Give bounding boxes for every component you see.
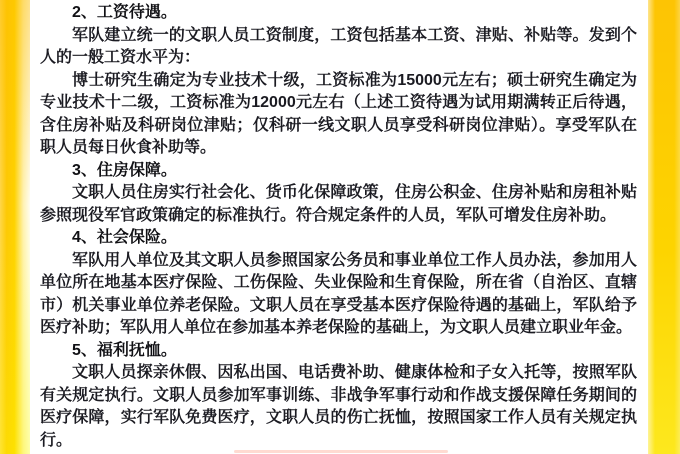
section-paragraph: 文职人员住房实行社会化、货币化保障政策，住房公积金、住房补贴和房租补贴参照现役军…	[40, 182, 637, 227]
bottom-accent-line	[234, 450, 448, 453]
section-5: 5、福利抚恤。文职人员探亲休假、因私出国、电话费补助、健康体检和子女入托等，按照…	[40, 340, 637, 453]
section-paragraph: 军队用人单位及其文职人员参照国家公务员和事业单位工作人员办法，参加用人单位所在地…	[40, 250, 637, 340]
section-heading: 4、社会保险。	[40, 227, 637, 250]
section-heading: 5、福利抚恤。	[40, 340, 637, 363]
page: 2、工资待遇。军队建立统一的文职人员工资制度，工资包括基本工资、津贴、补贴等。发…	[0, 0, 680, 454]
document-body: 2、工资待遇。军队建立统一的文职人员工资制度，工资包括基本工资、津贴、补贴等。发…	[40, 2, 637, 452]
section-paragraph: 文职人员探亲休假、因私出国、电话费补助、健康体检和子女入托等，按照军队有关规定执…	[40, 362, 637, 452]
section-paragraph: 博士研究生确定为专业技术十级，工资标准为15000元左右；硕士研究生确定为专业技…	[40, 70, 637, 160]
right-border-stripe	[648, 0, 680, 454]
section-heading: 3、住房保障。	[40, 160, 637, 183]
section-3: 3、住房保障。文职人员住房实行社会化、货币化保障政策，住房公积金、住房补贴和房租…	[40, 160, 637, 228]
section-2: 2、工资待遇。军队建立统一的文职人员工资制度，工资包括基本工资、津贴、补贴等。发…	[40, 2, 637, 160]
section-heading: 2、工资待遇。	[40, 2, 637, 25]
section-4: 4、社会保险。军队用人单位及其文职人员参照国家公务员和事业单位工作人员办法，参加…	[40, 227, 637, 340]
section-paragraph: 军队建立统一的文职人员工资制度，工资包括基本工资、津贴、补贴等。发到个人的一般工…	[40, 25, 637, 70]
left-border-stripe	[0, 0, 30, 454]
